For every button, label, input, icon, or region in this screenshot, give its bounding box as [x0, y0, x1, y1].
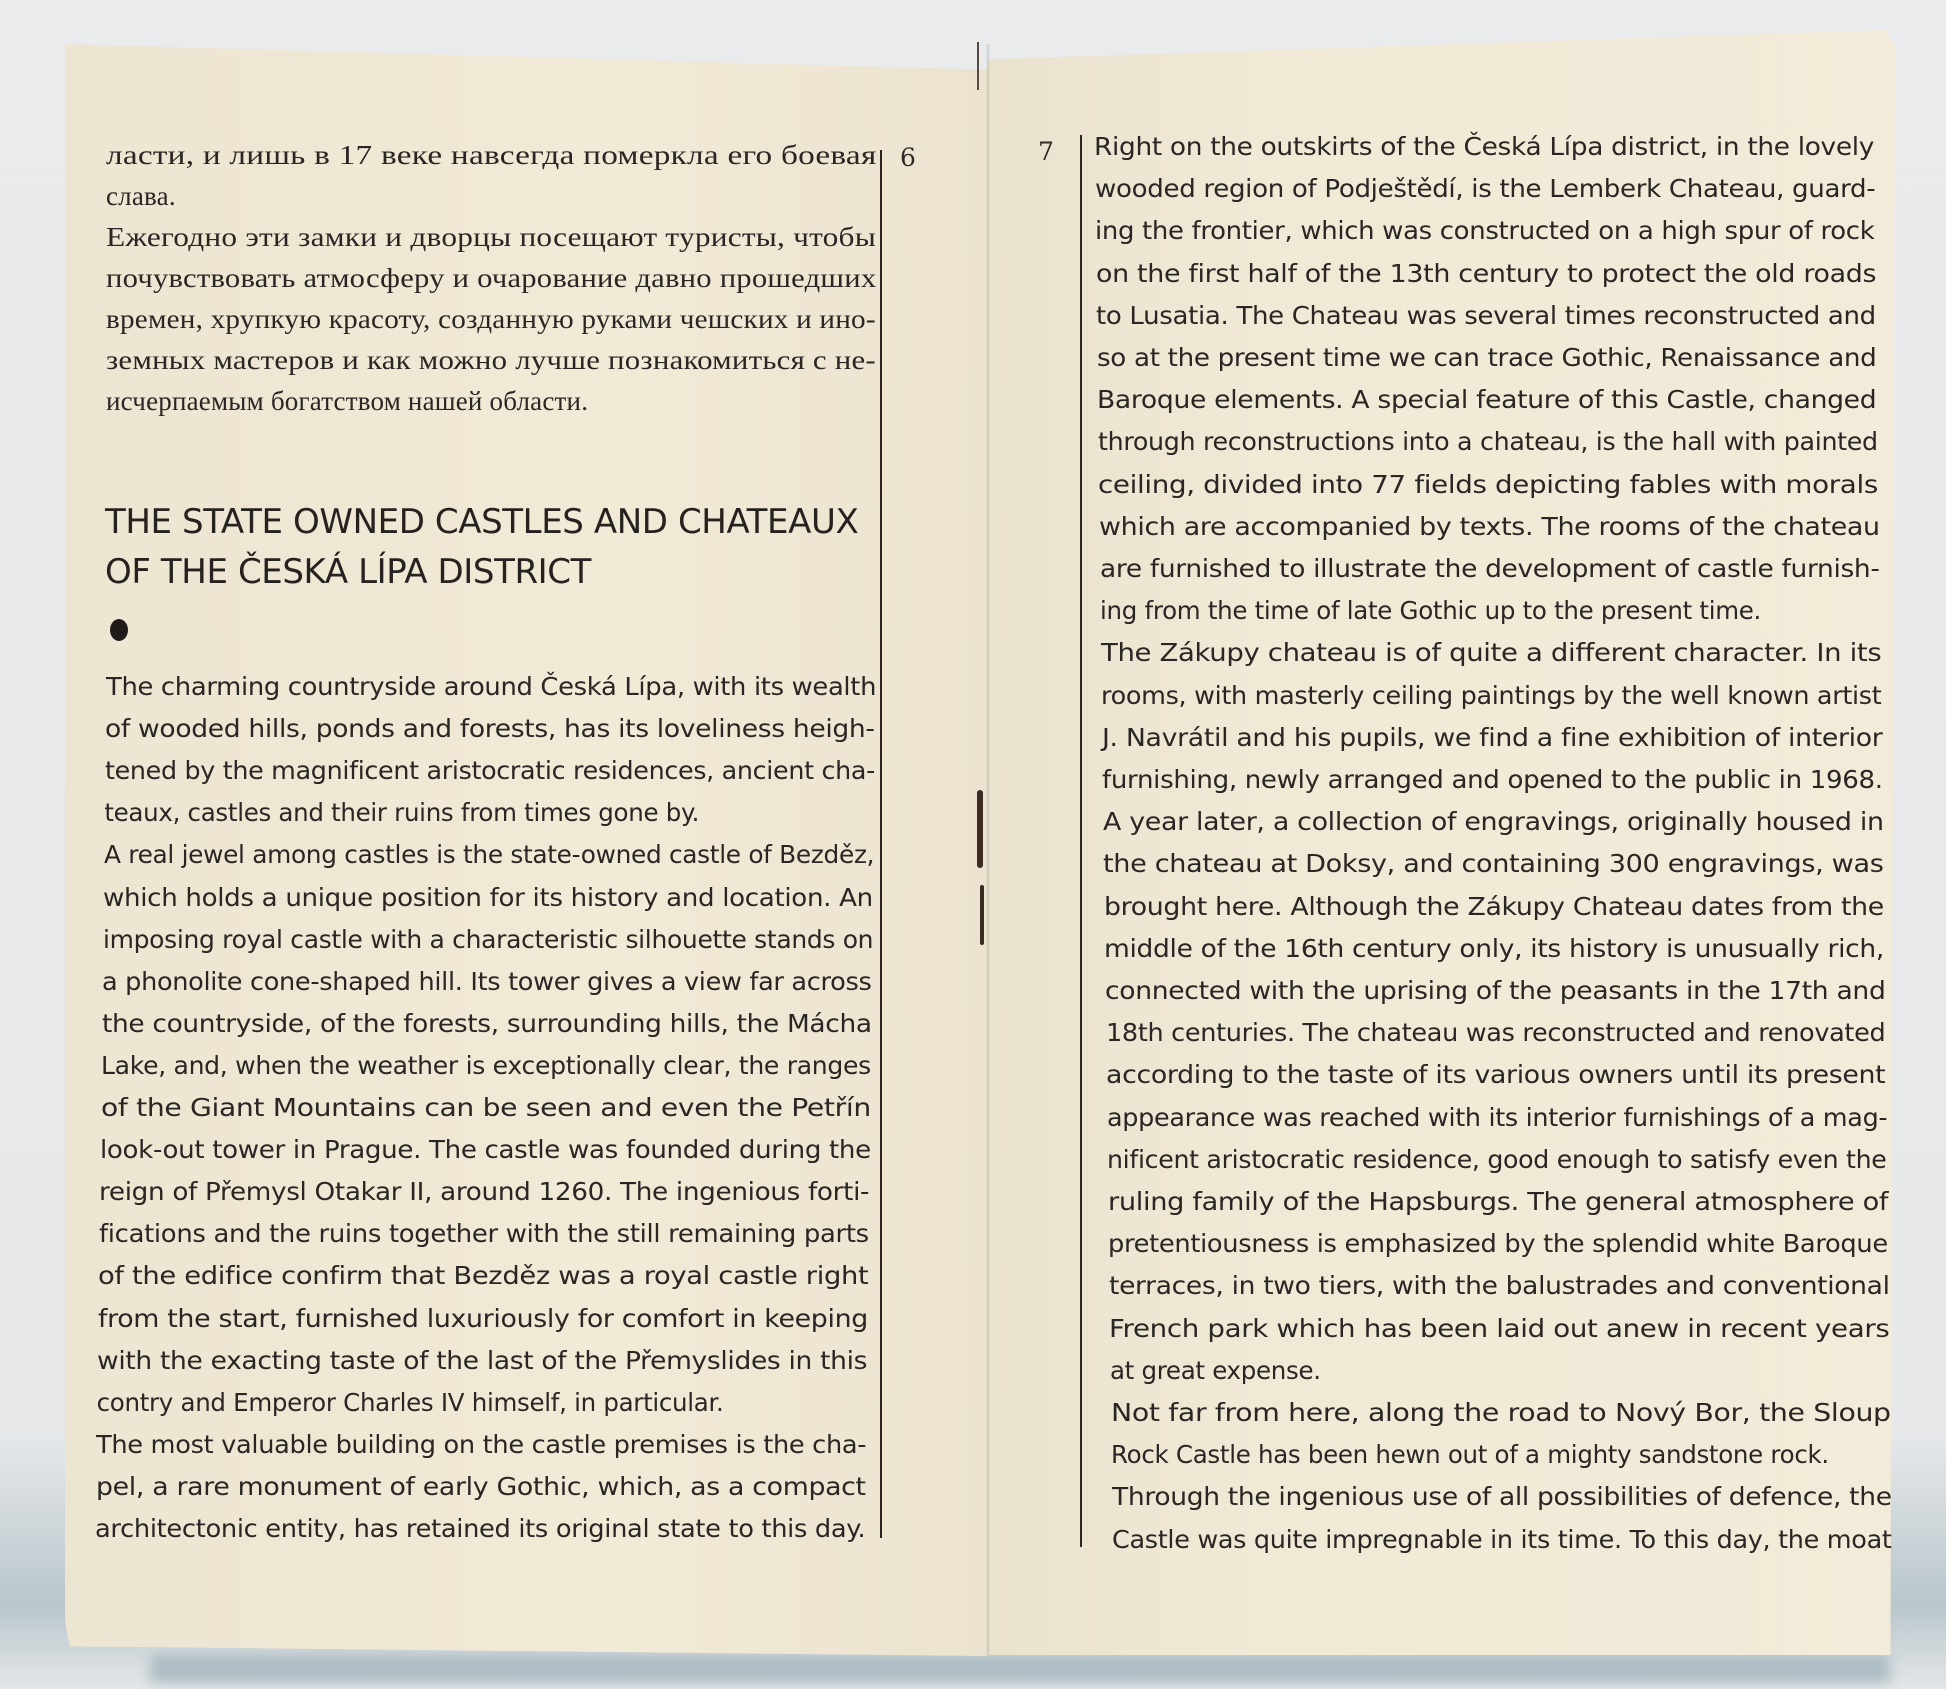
text-line: are furnished to illustrate the developm… — [1100, 554, 1880, 583]
page-shadow — [150, 1655, 1890, 1683]
text-line: French park which has been laid out anew… — [1109, 1314, 1889, 1343]
text-line: middle of the 16th century only, its his… — [1104, 934, 1884, 963]
text-line: teaux, castles and their ruins from time… — [104, 798, 699, 827]
text-line: tened by the magnificent aristocratic re… — [105, 756, 875, 785]
section-heading-line-1: THE STATE OWNED CASTLES AND CHATEAUX — [105, 502, 858, 542]
text-line: brought here. Although the Zákupy Chatea… — [1104, 892, 1884, 921]
text-line: ing from the time of late Gothic up to t… — [1100, 596, 1761, 625]
text-line: rooms, with masterly ceiling paintings b… — [1101, 681, 1881, 710]
text-line: with the exacting taste of the last of t… — [97, 1346, 867, 1375]
text-line: ceiling, divided into 77 fields depictin… — [1098, 470, 1878, 499]
text-line: J. Navrátil and his pupils, we find a fi… — [1102, 723, 1882, 752]
text-line: 18th centuries. The chateau was reconstr… — [1106, 1018, 1885, 1047]
text-line: terraces, in two tiers, with the balustr… — [1109, 1271, 1890, 1300]
binding-mark — [977, 42, 979, 90]
text-line: pel, a rare monument of early Gothic, wh… — [96, 1472, 866, 1501]
text-line: architectonic entity, has retained its o… — [95, 1514, 865, 1543]
text-line: времен, хрупкую красоту, созданную рукам… — [106, 304, 876, 335]
text-line: through reconstructions into a chateau, … — [1098, 427, 1878, 456]
text-line: appearance was reached with its interior… — [1107, 1103, 1887, 1132]
text-line: at great expense. — [1110, 1356, 1321, 1385]
text-line: слава. — [106, 181, 176, 212]
text-line: imposing royal castle with a characteris… — [103, 925, 873, 954]
text-line: the countryside, of the forests, surroun… — [102, 1009, 872, 1038]
text-line: A real jewel among castles is the state-… — [104, 840, 874, 869]
text-line: почувствовать атмосферу и очарование дав… — [106, 263, 876, 294]
text-line: according to the taste of its various ow… — [1106, 1060, 1885, 1089]
text-line: a phonolite cone-shaped hill. Its tower … — [102, 967, 871, 996]
section-heading-line-2: OF THE ČESKÁ LÍPA DISTRICT — [105, 552, 591, 592]
text-line: furnishing, newly arranged and opened to… — [1102, 765, 1883, 794]
text-line: of the edifice confirm that Bezděz was a… — [98, 1261, 868, 1290]
center-fold — [986, 44, 990, 1656]
text-line: The Zákupy chateau is of quite a differe… — [1101, 638, 1881, 667]
text-line: nificent aristocratic residence, good en… — [1107, 1145, 1887, 1174]
text-line: Castle was quite impregnable in its time… — [1112, 1525, 1892, 1554]
text-line: contry and Emperor Charles IV himself, i… — [97, 1388, 724, 1417]
text-line: pretentiousness is emphasized by the spl… — [1108, 1229, 1888, 1258]
text-line: Through the ingenious use of all possibi… — [1112, 1482, 1892, 1511]
left-column-rule — [880, 150, 882, 1538]
text-line: so at the present time we can trace Goth… — [1097, 343, 1876, 372]
page-number-right: 7 — [1038, 137, 1054, 166]
text-line: A year later, a collection of engravings… — [1103, 807, 1884, 836]
text-line: ruling family of the Hapsburgs. The gene… — [1108, 1187, 1888, 1216]
page-number-left: 6 — [900, 143, 916, 172]
text-line: земных мастеров и как можно лучше познак… — [106, 345, 876, 376]
text-line: Lake, and, when the weather is exception… — [101, 1051, 871, 1080]
staple-top — [977, 790, 983, 868]
right-column-rule — [1080, 135, 1082, 1547]
text-line: which holds a unique position for its hi… — [103, 883, 873, 912]
text-line: connected with the uprising of the peasa… — [1105, 976, 1886, 1005]
text-line: of wooded hills, ponds and forests, has … — [105, 714, 875, 743]
text-line: ласти, и лишь в 17 веке навсегда померкл… — [106, 140, 877, 171]
text-line: Baroque elements. A special feature of t… — [1097, 385, 1876, 414]
text-line: Not far from here, along the road to Nov… — [1111, 1398, 1891, 1427]
text-line: from the start, furnished luxuriously fo… — [98, 1304, 868, 1333]
text-line: Right on the outskirts of the Česká Lípa… — [1094, 132, 1874, 161]
text-line: The most valuable building on the castle… — [96, 1430, 866, 1459]
text-line: to Lusatia. The Chateau was several time… — [1096, 301, 1876, 330]
text-line: The charming countryside around Česká Lí… — [106, 672, 876, 701]
text-line: reign of Přemysl Otakar II, around 1260.… — [99, 1177, 869, 1206]
text-line: the chateau at Doksy, and containing 300… — [1103, 849, 1884, 878]
text-line: исчерпаемым богатством нашей области. — [106, 386, 588, 417]
text-line: Rock Castle has been hewn out of a might… — [1111, 1440, 1829, 1469]
bullet-icon — [110, 619, 128, 641]
text-line: wooded region of Podještědí, is the Lemb… — [1095, 174, 1875, 203]
text-line: on the first half of the 13th century to… — [1096, 259, 1876, 288]
text-line: ing the frontier, which was constructed … — [1095, 216, 1874, 245]
text-line: look-out tower in Prague. The castle was… — [100, 1135, 871, 1164]
text-line: of the Giant Mountains can be seen and e… — [101, 1093, 871, 1122]
staple-bottom — [980, 885, 984, 945]
text-line: Ежегодно эти замки и дворцы посещают тур… — [106, 222, 876, 253]
text-line: fications and the ruins together with th… — [99, 1219, 869, 1248]
text-line: which are accompanied by texts. The room… — [1099, 512, 1880, 541]
